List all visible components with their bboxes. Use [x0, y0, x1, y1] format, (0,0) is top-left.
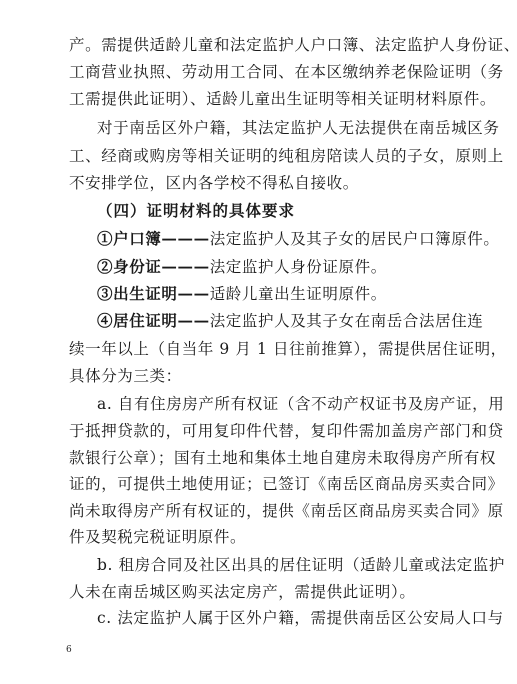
- item-a-line: 款银行公章）；国有土地和集体土地自建房未取得房产所有权: [69, 448, 445, 468]
- requirement-label: ③出生证明——: [97, 284, 210, 303]
- item-a-line: 件及契税完税证明原件。: [69, 527, 445, 547]
- requirement-id-card: ②身份证———法定监护人身份证原件。: [97, 257, 445, 277]
- paragraph-line: 对于南岳区外户籍，其法定监护人无法提供在南岳城区务: [97, 118, 445, 138]
- paragraph-line: 工、经商或购房等相关证明的纯租房陪读人员的子女，原则上: [69, 146, 445, 166]
- requirement-text: 法定监护人身份证原件。: [210, 258, 387, 276]
- paragraph-line: 具体分为三类：: [69, 366, 445, 386]
- requirement-label: ①户口簿———: [97, 229, 210, 248]
- paragraph-line: 产。需提供适龄儿童和法定监护人户口簿、法定监护人身份证、: [69, 35, 445, 55]
- paragraph-line: 不安排学位，区内各学校不得私自接收。: [69, 173, 445, 193]
- requirement-household-register: ①户口簿———法定监护人及其子女的居民户口簿原件。: [97, 229, 445, 249]
- requirement-text: 法定监护人及其子女的居民户口簿原件。: [210, 230, 500, 248]
- requirement-text: 适龄儿童出生证明原件。: [210, 285, 387, 303]
- item-b-line: b. 租房合同及社区出具的居住证明（适龄儿童或法定监护: [97, 555, 445, 575]
- item-a-line: a. 自有住房房产所有权证（含不动产权证书及房产证，用: [97, 394, 445, 414]
- paragraph-line: 续一年以上（自当年 9 月 1 日往前推算），需提供居住证明，: [69, 339, 445, 359]
- item-a-line: 于抵押贷款的，可用复印件代替，复印件需加盖房产部门和贷: [69, 421, 445, 441]
- requirement-label: ④居住证明——: [97, 311, 210, 330]
- requirement-text: 法定监护人及其子女在南岳合法居住连: [210, 312, 484, 330]
- page-number: 6: [66, 644, 72, 656]
- paragraph-line: 工需提供此证明）、适龄儿童出生证明等相关证明材料原件。: [69, 89, 445, 109]
- requirement-label: ②身份证———: [97, 257, 210, 276]
- item-a-line: 证的，可提供土地使用证；已签订《南岳区商品房买卖合同》: [69, 474, 445, 494]
- item-c-line: c. 法定监护人属于区外户籍，需提供南岳区公安局人口与: [97, 608, 445, 628]
- requirement-birth-certificate: ③出生证明——适龄儿童出生证明原件。: [97, 284, 445, 304]
- requirement-residence-proof: ④居住证明——法定监护人及其子女在南岳合法居住连: [97, 311, 445, 331]
- document-page: 产。需提供适龄儿童和法定监护人户口簿、法定监护人身份证、 工商营业执照、劳动用工…: [0, 0, 517, 684]
- paragraph-line: 工商营业执照、劳动用工合同、在本区缴纳养老保险证明（务: [69, 62, 445, 82]
- section-heading: （四）证明材料的具体要求: [97, 201, 445, 221]
- item-b-line: 人未在南岳城区购买法定房产，需提供此证明）。: [69, 582, 445, 602]
- item-a-line: 尚未取得房产所有权证的，提供《南岳区商品房买卖合同》原: [69, 501, 445, 521]
